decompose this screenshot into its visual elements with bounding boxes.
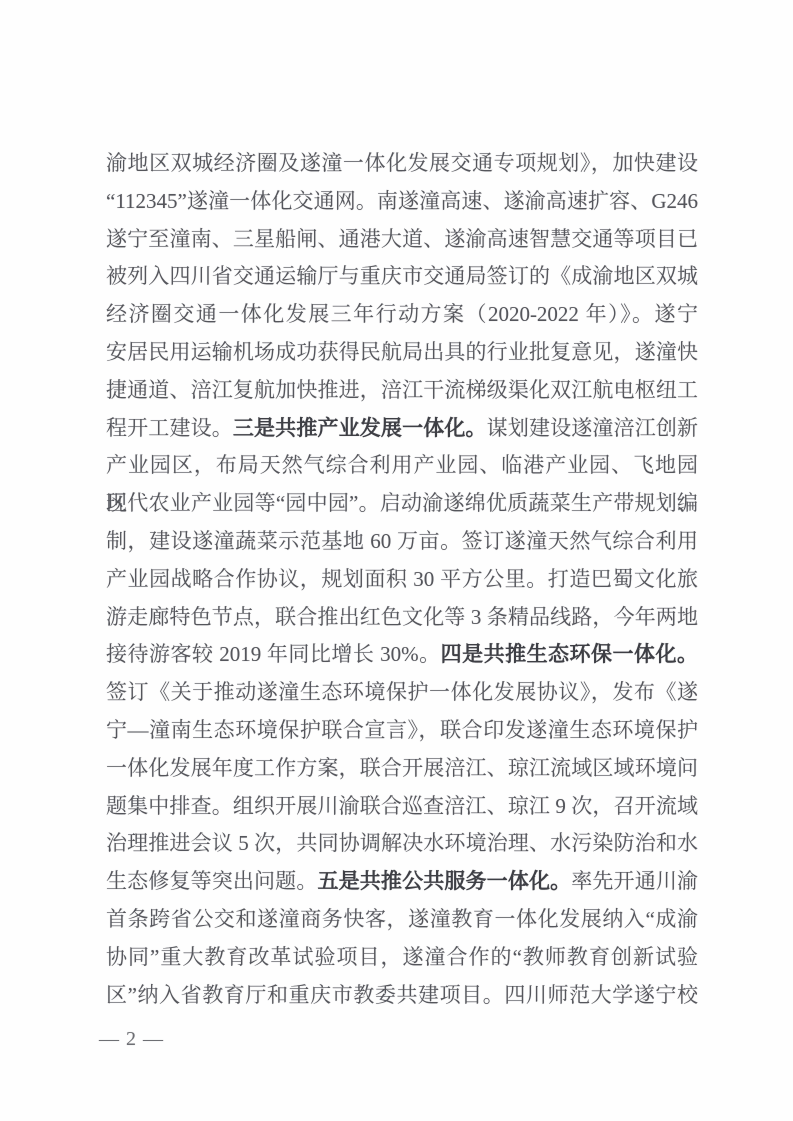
text-segment: 安居民用运输机场成功获得民航局出具的行业批复意见，遂潼快 bbox=[106, 340, 698, 364]
text-line: 题集中排查。组织开展川渝联合巡查涪江、琼江 9 次，召开流域 bbox=[106, 788, 698, 826]
text-segment: 游走廊特色节点，联合推出红色文化等 3 条精品线路，今年两地 bbox=[106, 605, 698, 629]
text-segment: 签订《关于推动遂潼生态环境保护一体化发展协议》，发布《遂 bbox=[106, 680, 698, 704]
text-segment: 题集中排查。组织开展川渝联合巡查涪江、琼江 9 次，召开流域 bbox=[106, 794, 698, 818]
text-segment: 被列入四川省交通运输厅与重庆市交通局签订的《成渝地区双城 bbox=[106, 264, 698, 288]
text-line: 首条跨省公交和遂潼商务快客，遂潼教育一体化发展纳入“成渝 bbox=[106, 901, 698, 939]
text-segment: 经济圈交通一体化发展三年行动方案（2020-2022 年）》。遂宁 bbox=[106, 302, 698, 326]
page-number: — 2 — bbox=[99, 1027, 164, 1051]
text-line: 协同”重大教育改革试验项目，遂潼合作的“教师教育创新试验 bbox=[106, 939, 698, 977]
section-heading: 四是共推生态环保一体化。 bbox=[441, 642, 698, 666]
text-segment: 谋划建设遂潼涪江创新 bbox=[487, 416, 698, 440]
document-body: 渝地区双城经济圈及遂潼一体化发展交通专项规划》，加快建设“112345”遂潼一体… bbox=[106, 145, 698, 1014]
text-line: 治理推进会议 5 次，共同协调解决水环境治理、水污染防治和水 bbox=[106, 825, 698, 863]
scanned-document-page: 渝地区双城经济圈及遂潼一体化发展交通专项规划》，加快建设“112345”遂潼一体… bbox=[0, 0, 793, 1121]
text-line: 制，建设遂潼蔬菜示范基地 60 万亩。签订遂潼天然气综合利用 bbox=[106, 523, 698, 561]
text-line: 捷通道、涪江复航加快推进，涪江干流梯级渠化双江航电枢纽工 bbox=[106, 372, 698, 410]
text-line: 一体化发展年度工作方案，联合开展涪江、琼江流域区域环境问 bbox=[106, 750, 698, 788]
section-heading: 三是共推产业发展一体化。 bbox=[233, 416, 487, 440]
text-segment: 渝地区双城经济圈及遂潼一体化发展交通专项规划》，加快建设 bbox=[106, 151, 698, 175]
text-line: 产业园区，布局天然气综合利用产业园、临港产业园、飞地园区、 bbox=[106, 447, 698, 485]
text-segment: 程开工建设。 bbox=[106, 416, 233, 440]
text-segment: 生态修复等突出问题。 bbox=[106, 869, 317, 893]
text-segment: 区”纳入省教育厅和重庆市教委共建项目。四川师范大学遂宁校 bbox=[106, 983, 698, 1007]
text-line: 经济圈交通一体化发展三年行动方案（2020-2022 年）》。遂宁 bbox=[106, 296, 698, 334]
text-line: 游走廊特色节点，联合推出红色文化等 3 条精品线路，今年两地 bbox=[106, 599, 698, 637]
text-segment: 捷通道、涪江复航加快推进，涪江干流梯级渠化双江航电枢纽工 bbox=[106, 378, 698, 402]
text-line: 遂宁至潼南、三星船闸、通港大道、遂渝高速智慧交通等项目已 bbox=[106, 221, 698, 259]
text-line: 区”纳入省教育厅和重庆市教委共建项目。四川师范大学遂宁校 bbox=[106, 977, 698, 1015]
text-segment: 产业园战略合作协议，规划面积 30 平方公里。打造巴蜀文化旅 bbox=[106, 567, 698, 591]
text-line: 安居民用运输机场成功获得民航局出具的行业批复意见，遂潼快 bbox=[106, 334, 698, 372]
text-line: 被列入四川省交通运输厅与重庆市交通局签订的《成渝地区双城 bbox=[106, 258, 698, 296]
text-segment: “112345”遂潼一体化交通网。南遂潼高速、遂渝高速扩容、G246 bbox=[106, 189, 698, 213]
text-segment: 宁—潼南生态环境保护联合宣言》，联合印发遂潼生态环境保护 bbox=[106, 718, 698, 742]
text-line: 产业园战略合作协议，规划面积 30 平方公里。打造巴蜀文化旅 bbox=[106, 561, 698, 599]
text-line: 程开工建设。三是共推产业发展一体化。谋划建设遂潼涪江创新 bbox=[106, 410, 698, 448]
text-segment: 率先开通川渝 bbox=[571, 869, 698, 893]
text-segment: 协同”重大教育改革试验项目，遂潼合作的“教师教育创新试验 bbox=[106, 945, 698, 969]
text-line: 渝地区双城经济圈及遂潼一体化发展交通专项规划》，加快建设 bbox=[106, 145, 698, 183]
text-segment: 制，建设遂潼蔬菜示范基地 60 万亩。签订遂潼天然气综合利用 bbox=[106, 529, 698, 553]
text-line: “112345”遂潼一体化交通网。南遂潼高速、遂渝高速扩容、G246 bbox=[106, 183, 698, 221]
text-line: 签订《关于推动遂潼生态环境保护一体化发展协议》，发布《遂 bbox=[106, 674, 698, 712]
text-line: 宁—潼南生态环境保护联合宣言》，联合印发遂潼生态环境保护 bbox=[106, 712, 698, 750]
text-line: 接待游客较 2019 年同比增长 30%。四是共推生态环保一体化。 bbox=[106, 636, 698, 674]
text-segment: 一体化发展年度工作方案，联合开展涪江、琼江流域区域环境问 bbox=[106, 756, 698, 780]
text-segment: 遂宁至潼南、三星船闸、通港大道、遂渝高速智慧交通等项目已 bbox=[106, 227, 698, 251]
text-segment: 首条跨省公交和遂潼商务快客，遂潼教育一体化发展纳入“成渝 bbox=[106, 907, 698, 931]
text-segment: 现代农业产业园等“园中园”。启动渝遂绵优质蔬菜生产带规划编 bbox=[106, 491, 698, 515]
text-segment: 治理推进会议 5 次，共同协调解决水环境治理、水污染防治和水 bbox=[106, 831, 698, 855]
text-segment: 接待游客较 2019 年同比增长 30%。 bbox=[106, 642, 441, 666]
text-line: 现代农业产业园等“园中园”。启动渝遂绵优质蔬菜生产带规划编 bbox=[106, 485, 698, 523]
text-line: 生态修复等突出问题。五是共推公共服务一体化。率先开通川渝 bbox=[106, 863, 698, 901]
section-heading: 五是共推公共服务一体化。 bbox=[317, 869, 571, 893]
